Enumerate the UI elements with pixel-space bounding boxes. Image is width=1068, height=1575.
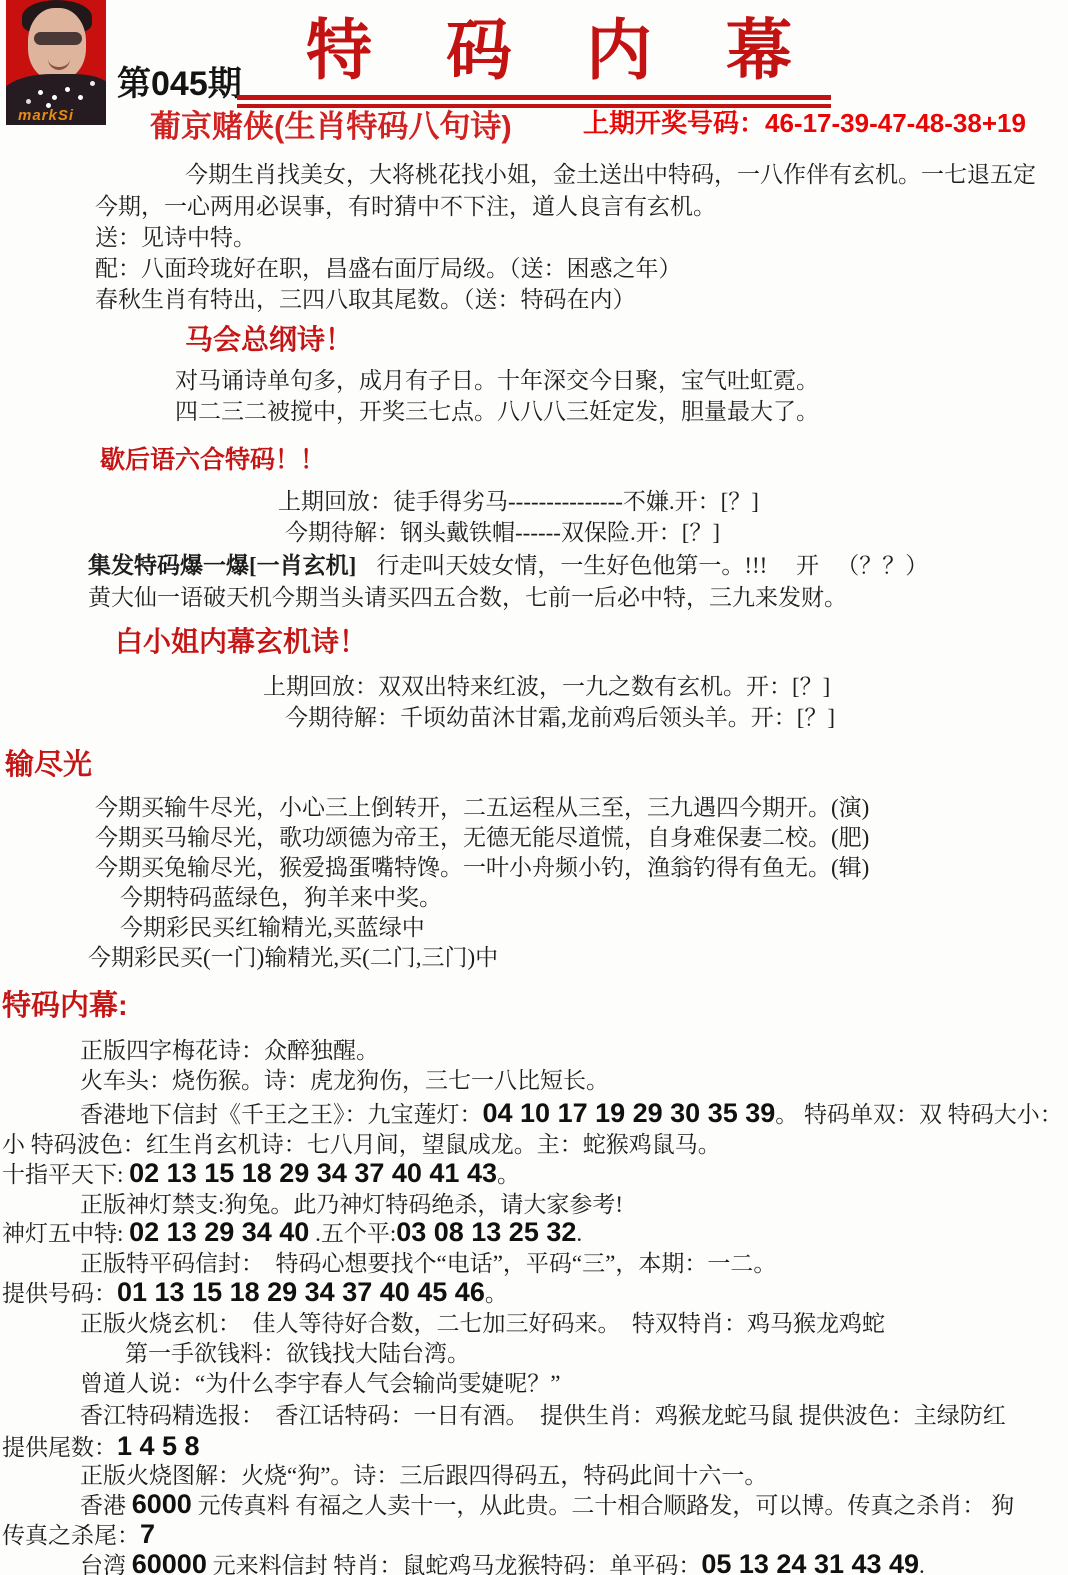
hot-tip-lead: 集发特码爆一爆[一肖玄机] (88, 553, 356, 578)
insider-line: 小 特码波色：红生肖玄机诗：七八月间，望鼠成龙。主：蛇猴鸡鼠马。 (2, 1130, 721, 1160)
marksix-logo-text: markSi (18, 107, 74, 124)
section-heading-shujinguang: 输尽光 (5, 742, 92, 783)
line-text: . (919, 1553, 925, 1575)
line-text: 元来料信封 特肖：鼠蛇鸡马龙猴特码：单平码： (207, 1553, 702, 1575)
insider-line: 提供尾数：1 4 5 8 (2, 1431, 200, 1463)
line-text: 香港 (80, 1493, 132, 1518)
last-draw-result: 上期开奖号码：46-17-39-47-48-38+19 (583, 103, 1026, 140)
baixiaojie-line: 今期待解：千顷幼苗沐甘霜,龙前鸡后领头羊。开：[？] (285, 703, 835, 733)
xiehouyu-line: 集发特码爆一爆[一肖玄机]行走叫天妓女情，一生好色他第一。!!! 开 （？？） (88, 551, 928, 581)
shujinguang-line: 今期买兔输尽光，猴爱捣蛋嘴特馋。一叶小舟频小钓，渔翁钓得有鱼无。(辑) (95, 853, 869, 883)
insider-line: 提供号码：01 13 15 18 29 34 37 40 45 46。 (2, 1277, 508, 1309)
insider-line: 正版特平码信封： 特码心想要找个“电话”，平码“三”，本期：一二。 (80, 1249, 776, 1279)
intro-line: 配：八面玲珑好在职，昌盛右面厅局级。（送：困惑之年） (95, 254, 682, 284)
price-number: 6000 (132, 1489, 192, 1519)
xiehouyu-line: 今期待解：钢头戴铁帽------双保险.开：[？] (285, 518, 720, 548)
line-text: 提供尾数： (2, 1435, 117, 1460)
line-text: 。 (497, 1162, 520, 1187)
intro-line: 今期生肖找美女，大将桃花找小姐，金土送出中特码，一八作伴有玄机。一七退五定 (185, 160, 1036, 190)
mahui-line: 四二三二被搅中，开奖三七点。八八八三妊定发，胆量最大了。 (175, 397, 819, 427)
intro-line: 今期，一心两用必误事，有时猜中不下注，道人良言有玄机。 (95, 192, 716, 222)
lottery-numbers: 1 4 5 8 (117, 1431, 200, 1461)
insider-line: 正版四字梅花诗：众醉独醒。 (80, 1036, 379, 1066)
insider-line: 火车头：烧伤猴。诗：虎龙狗伤，三七一八比短长。 (80, 1066, 609, 1096)
line-text: 提供号码： (2, 1281, 117, 1306)
last-draw-label: 上期开奖号码： (583, 108, 765, 138)
insider-line: 香江特码精选报： 香江话特码：一日有酒。 提供生肖：鸡猴龙蛇马鼠 提供波色：主绿… (80, 1401, 1006, 1431)
insider-line: 香港 6000 元传真料 有福之人卖十一，从此贵。二十相合顺路发，可以博。传真之… (80, 1489, 1014, 1521)
xiehouyu-line: 上期回放：徒手得劣马---------------不嫌.开：[？] (278, 487, 759, 517)
shujinguang-line: 今期买输牛尽光，小心三上倒转开，二五运程从三至，三九遇四今期开。(演) (95, 793, 869, 823)
lottery-numbers: 7 (140, 1519, 155, 1549)
section-heading-insider: 特码内幕: (2, 983, 128, 1024)
mahui-line: 对马诵诗单句多，成月有子日。十年深交今日聚，宝气吐虹霓。 (175, 366, 819, 396)
page-title: 特 码 内 幕 (306, 14, 796, 90)
shujinguang-line: 今期买马输尽光，歌功颂德为帝王，无德无能尽道慌，自身难保妻二校。(肥) (95, 823, 869, 853)
price-number: 60000 (132, 1549, 207, 1575)
lottery-numbers: 01 13 15 18 29 34 37 40 45 46 (117, 1277, 485, 1307)
insider-line: 神灯五中特: 02 13 29 34 40 .五个平:03 08 13 25 3… (2, 1217, 582, 1249)
baixiaojie-line: 上期回放：双双出特来红波，一九之数有玄机。开：[？] (263, 672, 830, 702)
line-text: 。 (485, 1281, 508, 1306)
shujinguang-line: 今期特码蓝绿色，狗羊来中奖。 (120, 883, 442, 913)
issue-number: 第045期 (117, 56, 242, 105)
lottery-numbers: 04 10 17 19 29 30 35 39 (483, 1098, 776, 1128)
insider-line: 十指平天下: 02 13 15 18 29 34 37 40 41 43。 (2, 1158, 520, 1190)
line-text: 传真之杀尾： (2, 1523, 140, 1548)
title-underline-top (237, 95, 831, 100)
insider-line: 正版神灯禁支:狗兔。此乃神灯特码绝杀，请大家参考! (80, 1190, 623, 1220)
sunglasses-icon (34, 32, 82, 45)
last-draw-numbers: 46-17-39-47-48-38+19 (765, 108, 1026, 138)
lottery-numbers: 03 08 13 25 32 (396, 1217, 576, 1247)
line-text: . (576, 1221, 582, 1246)
intro-line: 春秋生肖有特出，三四八取其尾数。（送：特码在内） (95, 285, 636, 315)
shujinguang-line: 今期彩民买红输精光,买蓝绿中 (120, 913, 425, 943)
hot-tip-rest: 行走叫天妓女情，一生好色他第一。!!! 开 （？？） (376, 553, 928, 578)
section-heading-xiehouyu: 歇后语六合特码！！ (100, 440, 325, 476)
line-text: 神灯五中特: (2, 1221, 129, 1246)
subtitle-poem-name: 葡京赌侠(生肖特码八句诗) (150, 101, 512, 146)
insider-line: 香港地下信封《千王之王》：九宝莲灯：04 10 17 19 29 30 35 3… (80, 1098, 1063, 1130)
line-text: 香港地下信封《千王之王》：九宝莲灯： (80, 1102, 483, 1127)
insider-line: 正版火烧玄机： 佳人等待好合数，二七加三好码来。 特双特肖：鸡马猴龙鸡蛇 (80, 1309, 885, 1339)
line-text: .五个平: (309, 1221, 396, 1246)
intro-line: 送：见诗中特。 (95, 223, 256, 253)
section-heading-mahui: 马会总纲诗！ (185, 318, 353, 358)
lottery-numbers: 02 13 15 18 29 34 37 40 41 43 (129, 1158, 497, 1188)
masthead-photo: markSi (6, 0, 106, 125)
section-heading-baixiaojie: 白小姐内幕玄机诗！ (115, 620, 367, 660)
line-text: 元传真料 有福之人卖十一，从此贵。二十相合顺路发，可以博。传真之杀肖： 狗 (192, 1493, 1014, 1518)
insider-line: 台湾 60000 元来料信封 特肖：鼠蛇鸡马龙猴特码：单平码：05 13 24 … (80, 1549, 925, 1575)
insider-line: 传真之杀尾：7 (2, 1519, 155, 1551)
line-text: 台湾 (80, 1553, 132, 1575)
photo-dots (38, 90, 43, 95)
lottery-tip-sheet: markSi 第045期 特 码 内 幕 葡京赌侠(生肖特码八句诗) 上期开奖号… (0, 0, 1068, 1575)
insider-line: 曾道人说：“为什么李宇春人气会输尚雯婕呢？” (80, 1369, 560, 1399)
xiehouyu-line: 黄大仙一语破天机今期当头请买四五合数，七前一后必中特，三九来发财。 (88, 583, 847, 613)
insider-line: 正版火烧图解：火烧“狗”。诗：三后跟四得码五，特码此间十六一。 (80, 1461, 767, 1491)
insider-line: 第一手欲钱料：欲钱找大陆台湾。 (125, 1339, 470, 1369)
line-text: 十指平天下: (2, 1162, 129, 1187)
lottery-numbers: 02 13 29 34 40 (129, 1217, 309, 1247)
line-text: 。 特码单双：双 特码大小： (775, 1102, 1063, 1127)
shujinguang-line: 今期彩民买(一门)输精光,买(二门,三门)中 (88, 943, 498, 973)
lottery-numbers: 05 13 24 31 43 49 (701, 1549, 919, 1575)
